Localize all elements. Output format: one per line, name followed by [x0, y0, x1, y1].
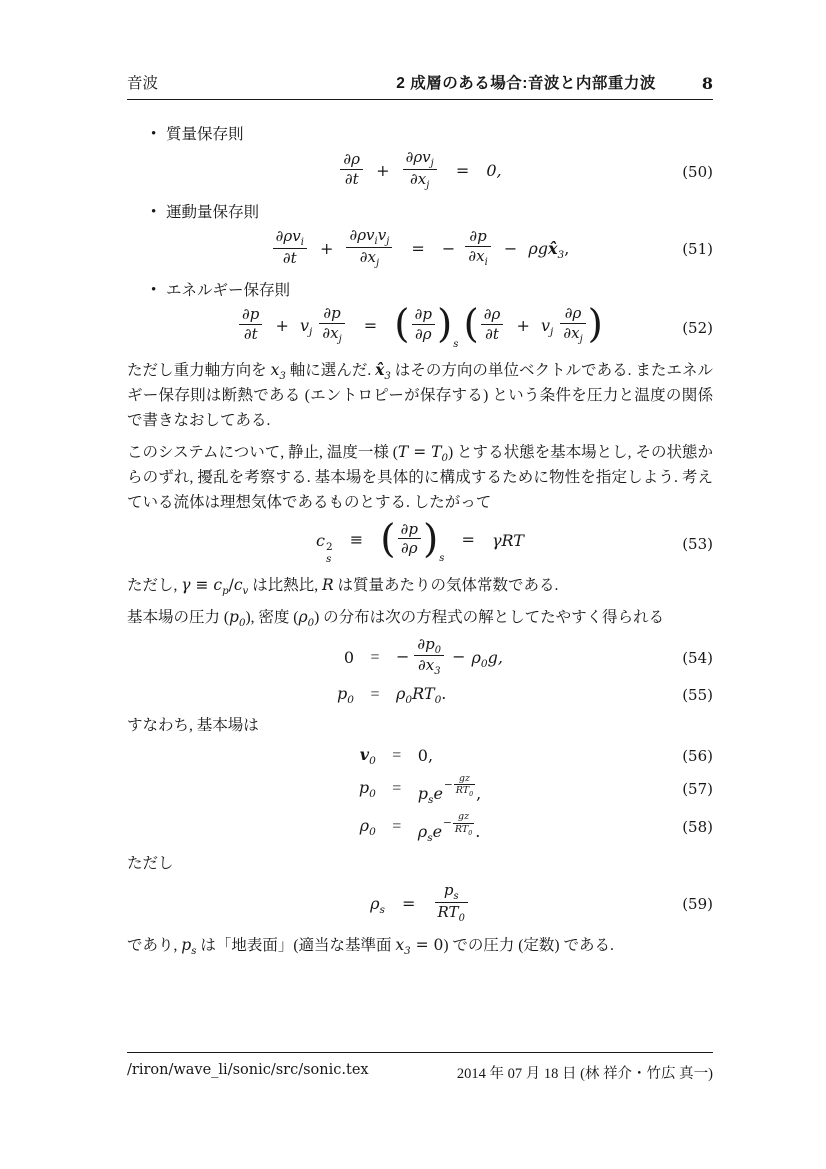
page-number: 8 — [702, 74, 713, 93]
math-relation: = — [408, 443, 431, 461]
paragraph-tadashi: ただし — [127, 851, 713, 876]
header-section-title: 2 成層のある場合:音波と内部重力波 — [396, 75, 656, 94]
bullet-momentum-conservation: 運動量保存則 — [127, 202, 713, 224]
equation-number-57: (57) — [682, 780, 713, 798]
math-token: gz — [458, 811, 469, 822]
text-run: は「地表面」(適当な基準面 — [196, 937, 395, 954]
math-relation: = — [371, 686, 380, 704]
math-token: gz — [459, 773, 470, 784]
math-token: c — [234, 576, 243, 594]
fraction: ∂p∂ρ — [412, 305, 435, 344]
math-operator: − — [504, 239, 517, 258]
math-subscript: 0 — [369, 755, 376, 767]
math-operator: − — [442, 239, 455, 258]
equation-51-body: ∂ρvi∂t + ∂ρvivj∂xj = − ∂p∂xi − ρgx̂3, — [271, 228, 570, 271]
math-token: v — [378, 226, 386, 244]
math-token: ρ — [360, 816, 369, 835]
equation-54-rhs: −∂p0∂x3−ρ0g, — [396, 637, 503, 680]
math-subscript: j — [550, 326, 553, 338]
math-subscript: j — [580, 334, 583, 345]
bullet-mass-conservation: 質量保存則 — [127, 124, 713, 146]
math-subscript: i — [485, 257, 488, 268]
inline-math: x3 — [271, 361, 286, 379]
fraction: ∂ρ∂t — [481, 305, 504, 344]
math-token: p — [418, 784, 428, 803]
math-token: p — [337, 684, 347, 703]
math-operator: − — [444, 779, 453, 791]
equation-number-52: (52) — [682, 319, 713, 337]
math-token: . — [441, 684, 446, 703]
math-relation: = — [411, 936, 434, 954]
math-token: p — [229, 608, 239, 626]
math-subscript: j — [309, 326, 312, 338]
header-section-group: 2 成層のある場合:音波と内部重力波 8 — [396, 74, 713, 93]
text-run: 軸に選んだ. — [286, 362, 375, 379]
math-token: v — [360, 745, 369, 764]
inline-math: ps — [181, 936, 196, 954]
math-token: RT — [438, 903, 459, 921]
equation-number-53: (53) — [682, 535, 713, 553]
math-token: RT — [412, 684, 434, 703]
fraction: ∂p∂xj — [319, 304, 344, 345]
bullet-energy-conservation: エネルギー保存則 — [127, 280, 713, 302]
math-token: c — [316, 530, 325, 549]
fraction: psRT0 — [435, 881, 468, 924]
math-token: ∂ρ — [565, 304, 582, 322]
math-subscript: 0 — [481, 658, 488, 670]
equation-number-55: (55) — [682, 686, 713, 704]
bullet-label: 質量保存則 — [166, 126, 244, 143]
math-token: ρ — [298, 608, 307, 626]
equation-56-rhs: 0, — [418, 746, 433, 765]
math-operator: + — [320, 239, 333, 258]
math-subscript: i — [301, 237, 304, 248]
text-run: であり, — [127, 937, 181, 954]
math-relation: = — [371, 649, 380, 667]
math-relation: = — [392, 747, 401, 765]
math-subscript: s — [439, 553, 444, 564]
math-token: p — [181, 936, 191, 954]
paragraph-base-field: 基本場の圧力 (p0), 密度 (ρ0) の分布は次の方程式の解としてたやすく得… — [127, 605, 713, 630]
math-subscript: j — [386, 236, 389, 247]
fraction: ∂p∂ρ — [398, 520, 421, 559]
page-footer: /riron/wave_li/sonic/src/sonic.tex 2014 … — [127, 1052, 713, 1083]
math-operator: − — [443, 817, 452, 829]
fraction: ∂ρ∂xj — [560, 304, 585, 345]
text-run: は比熱比, — [248, 577, 322, 594]
inline-math: p0 — [229, 608, 245, 626]
math-token: v — [541, 316, 550, 335]
math-exponent: −gzRT0 — [444, 772, 476, 798]
math-token: ∂t — [345, 170, 359, 188]
text-run: 基本場の圧力 ( — [127, 609, 229, 626]
math-token: T — [398, 443, 408, 461]
superscript-subscript-stack: 2s — [326, 541, 333, 565]
fraction: gzRT0 — [453, 811, 474, 837]
equation-50-body: ∂ρ∂t + ∂ρvj∂xj = 0, — [338, 150, 501, 193]
math-token: ρ — [471, 647, 480, 666]
text-run: ) の分布は次の方程式の解としてたやすく得られる — [314, 609, 664, 626]
math-token: ∂ρv — [349, 226, 374, 244]
math-subscript: 0 — [369, 826, 376, 838]
math-subscript: s — [453, 339, 458, 350]
close-paren: ) — [588, 302, 603, 347]
math-exponent: −gzRT0 — [443, 810, 475, 836]
equation-51: ∂ρvi∂t + ∂ρvivj∂xj = − ∂p∂xi − ρgx̂3, (5… — [127, 228, 713, 271]
document-page: 音波 2 成層のある場合:音波と内部重力波 8 質量保存則 ∂ρ∂t + ∂ρv… — [0, 0, 826, 1169]
text-block: 音波 2 成層のある場合:音波と内部重力波 8 質量保存則 ∂ρ∂t + ∂ρv… — [127, 74, 713, 965]
math-token: ∂ρ — [415, 325, 432, 343]
inline-math: T = T0 — [398, 443, 448, 461]
bullet-label: エネルギー保存則 — [166, 282, 290, 299]
math-relation: = — [392, 818, 401, 836]
math-token: ∂p — [323, 304, 340, 322]
math-operator: + — [376, 161, 389, 180]
math-subscript: j — [431, 158, 434, 169]
math-relation: ≡ — [350, 530, 363, 549]
fraction: ∂ρ∂t — [340, 150, 363, 189]
equation-57-lhs: p0 — [359, 778, 376, 800]
open-paren: ( — [394, 302, 409, 347]
math-token: ∂t — [283, 249, 297, 267]
math-relation: = — [392, 780, 401, 798]
inline-math: x3 = 0 — [395, 936, 443, 954]
math-token: ∂ρ — [343, 150, 360, 168]
spacer — [127, 827, 359, 828]
text-run: ただし重力軸方向を — [127, 362, 271, 379]
math-token: γRT — [492, 530, 524, 549]
fraction: ∂ρvj∂xj — [403, 148, 437, 191]
math-token: x̂ — [375, 360, 384, 379]
equation-53-body: c2s ≡ (∂p∂ρ)s = γRT — [316, 522, 524, 566]
page-header: 音波 2 成層のある場合:音波と内部重力波 8 — [127, 74, 713, 100]
fraction: ∂ρvivj∂xj — [346, 226, 392, 269]
bullet-label: 運動量保存則 — [166, 204, 259, 221]
math-token: ∂t — [485, 325, 499, 343]
spacer — [127, 657, 337, 658]
math-token: ∂x — [410, 170, 426, 188]
math-token: ∂x — [360, 248, 376, 266]
math-operator: − — [396, 647, 409, 666]
equation-number-59: (59) — [682, 895, 713, 913]
math-token: ∂ρv — [276, 227, 301, 245]
math-token: ∂p — [415, 305, 432, 323]
math-token: γ — [181, 576, 190, 594]
math-subscript: s — [453, 891, 458, 902]
math-token: ∂p — [417, 635, 434, 653]
math-token: 0, — [486, 161, 501, 180]
math-token: e — [433, 822, 442, 841]
math-subscript: 0 — [369, 788, 376, 800]
math-token: ∂x — [563, 324, 579, 342]
equation-group-54-55: 0 = −∂p0∂x3−ρ0g, (54) p0 = ρ0RT0. (55) — [127, 637, 713, 707]
math-subscript: j — [426, 180, 429, 191]
math-token: , — [476, 784, 481, 803]
equation-number-51: (51) — [682, 240, 713, 258]
open-paren: ( — [380, 517, 395, 562]
equation-53: c2s ≡ (∂p∂ρ)s = γRT (53) — [127, 522, 713, 566]
math-token: ∂ρ — [484, 305, 501, 323]
inline-math: ρ0 — [298, 608, 314, 626]
math-subscript: j — [376, 258, 379, 269]
paragraph-gravity-axis: ただし重力軸方向を x3 軸に選んだ. x̂3 はその方向の単位ベクトルである.… — [127, 357, 713, 433]
equation-58-lhs: ρ0 — [360, 816, 376, 838]
inline-math: x̂3 — [375, 361, 391, 379]
math-subscript: 0 — [459, 913, 465, 924]
text-run: このシステムについて, 静止, 温度一様 ( — [127, 444, 398, 461]
equation-56-lhs: v0 — [360, 745, 376, 767]
paragraph-surface-pressure: であり, ps は「地表面」(適当な基準面 x3 = 0) での圧力 (定数) … — [127, 933, 713, 958]
text-run: ) での圧力 (定数) である. — [443, 937, 614, 954]
equation-52: ∂p∂t + vj ∂p∂xj = (∂p∂ρ)s (∂ρ∂t + vj ∂ρ∂… — [127, 306, 713, 350]
inline-math: R — [322, 576, 334, 594]
math-operator: − — [452, 647, 465, 666]
equation-number-50: (50) — [682, 163, 713, 181]
math-token: ∂x — [468, 247, 484, 265]
close-paren: ) — [437, 302, 452, 347]
math-relation: = — [461, 530, 474, 549]
math-subscript: 0 — [469, 791, 473, 798]
math-token: ∂p — [242, 305, 259, 323]
equation-50: ∂ρ∂t + ∂ρvj∂xj = 0, (50) — [127, 150, 713, 193]
math-token: RT — [455, 824, 468, 835]
text-run: ただし, — [127, 577, 181, 594]
open-paren: ( — [463, 302, 478, 347]
math-token: . — [475, 822, 480, 841]
paragraph-basic-state: このシステムについて, 静止, 温度一様 (T = T0) とする状態を基本場と… — [127, 440, 713, 515]
math-subscript: 3 — [434, 666, 440, 677]
equation-54-lhs: 0 — [344, 648, 354, 667]
math-relation: = — [456, 161, 469, 180]
math-token: e — [433, 784, 442, 803]
math-token: ∂ρ — [401, 539, 418, 557]
equation-group-56-58: v0 = 0, (56) p0 = pse−gzRT0, (57) ρ0 = ρ… — [127, 745, 713, 844]
math-relation: ≡ — [191, 576, 214, 594]
math-token: v — [300, 316, 309, 335]
math-operator: + — [516, 316, 529, 335]
header-running-title: 音波 — [127, 75, 158, 94]
inline-math: γ ≡ cp/cv — [181, 576, 248, 594]
math-token: T — [431, 443, 441, 461]
spacer — [127, 695, 337, 696]
math-subscript: s — [380, 904, 385, 916]
math-token: 0 — [344, 648, 354, 667]
math-token: c — [213, 576, 222, 594]
math-subscript: 0 — [435, 645, 441, 656]
equation-55-rhs: ρ0RT0. — [396, 684, 446, 706]
equation-58-rhs: ρse−gzRT0. — [418, 810, 481, 844]
math-relation: = — [364, 316, 377, 335]
math-token: ∂ρv — [406, 148, 431, 166]
math-token: , — [564, 239, 569, 258]
math-token: ∂x — [322, 324, 338, 342]
fraction: ∂p∂t — [239, 305, 262, 344]
math-token: 0 — [433, 936, 443, 954]
math-token: ρ — [396, 684, 405, 703]
math-token: ρg — [528, 239, 548, 258]
equation-number-54: (54) — [682, 649, 713, 667]
math-superscript: 2 — [326, 541, 333, 553]
close-paren: ) — [423, 517, 438, 562]
math-token: ∂t — [244, 325, 258, 343]
equation-55-lhs: p0 — [337, 684, 354, 706]
equation-number-58: (58) — [682, 818, 713, 836]
math-token: ∂x — [418, 656, 434, 674]
paragraph-sunawachi: すなわち, 基本場は — [127, 713, 713, 738]
math-token: ρ — [418, 822, 427, 841]
spacer — [127, 788, 359, 789]
equation-59-body: ρs = psRT0 — [370, 883, 470, 926]
text-run: は質量あたりの気体常数である. — [334, 577, 559, 594]
fraction: gzRT0 — [454, 773, 475, 799]
text-run: ), 密度 ( — [246, 609, 299, 626]
footer-date-authors: 2014 年 07 月 18 日 (林 祥介・竹広 真一) — [457, 1062, 713, 1083]
fraction: ∂p∂xi — [465, 227, 490, 268]
math-operator: + — [276, 316, 289, 335]
math-relation: = — [402, 894, 415, 913]
spacer — [127, 755, 359, 756]
math-subscript: 0 — [468, 830, 472, 837]
math-token: p — [359, 778, 369, 797]
equation-number-56: (56) — [682, 747, 713, 765]
paragraph-gamma: ただし, γ ≡ cp/cv は比熱比, R は質量あたりの気体常数である. — [127, 573, 713, 598]
fraction: ∂p0∂x3 — [414, 635, 444, 678]
math-token: RT — [456, 785, 469, 796]
math-token: x̂ — [548, 239, 558, 258]
math-relation: = — [411, 239, 424, 258]
equation-57-rhs: pse−gzRT0, — [418, 772, 481, 806]
equation-52-body: ∂p∂t + vj ∂p∂xj = (∂p∂ρ)s (∂ρ∂t + vj ∂ρ∂… — [237, 306, 603, 350]
math-token: ρ — [370, 894, 379, 913]
equation-59: ρs = psRT0 (59) — [127, 883, 713, 926]
math-token: ∂p — [401, 520, 418, 538]
math-subscript: 0 — [347, 695, 354, 707]
footer-source-path: /riron/wave_li/sonic/src/sonic.tex — [127, 1062, 369, 1083]
math-subscript: j — [339, 334, 342, 345]
math-token: g, — [488, 647, 503, 666]
math-token: x — [395, 936, 404, 954]
math-subscript: s — [326, 553, 331, 565]
fraction: ∂ρvi∂t — [273, 227, 307, 268]
math-token: ∂p — [469, 227, 486, 245]
